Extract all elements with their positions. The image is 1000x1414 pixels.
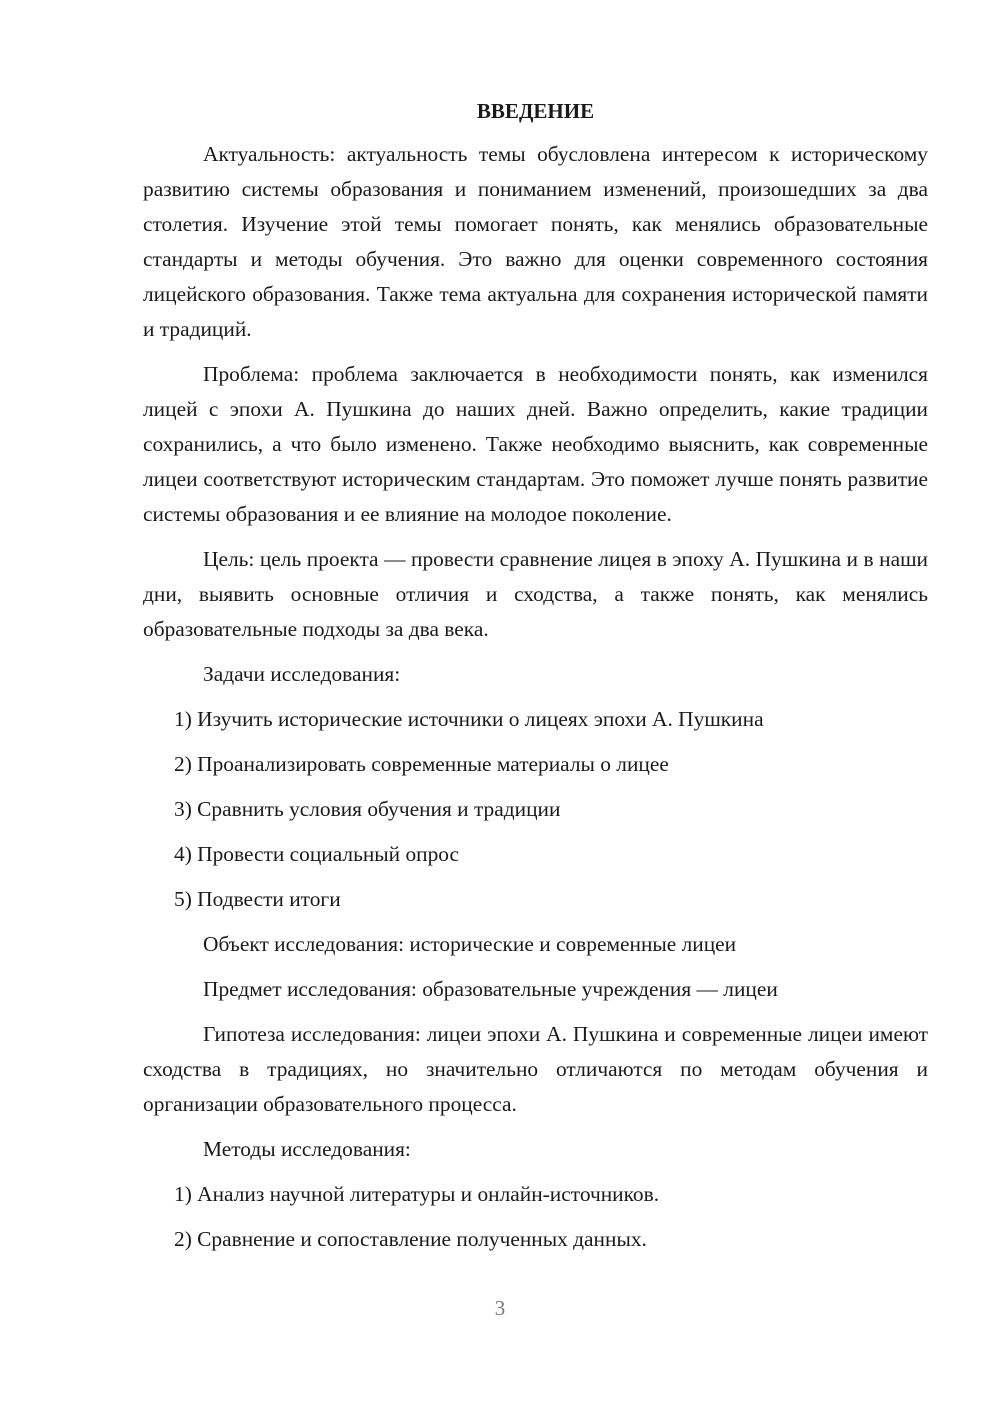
relevance-paragraph: Актуальность: актуальность темы обусловл… bbox=[143, 137, 928, 347]
research-object: Объект исследования: исторические и совр… bbox=[143, 927, 928, 962]
task-item: 3) Сравнить условия обучения и традиции bbox=[143, 792, 928, 827]
page-number: 3 bbox=[0, 1296, 1000, 1321]
method-item: 1) Анализ научной литературы и онлайн-ис… bbox=[143, 1177, 928, 1212]
methods-list: 1) Анализ научной литературы и онлайн-ис… bbox=[143, 1177, 928, 1257]
tasks-heading: Задачи исследования: bbox=[143, 657, 928, 692]
page-content: ВВЕДЕНИЕ Актуальность: актуальность темы… bbox=[143, 96, 928, 1267]
research-subject: Предмет исследования: образовательные уч… bbox=[143, 972, 928, 1007]
task-item: 5) Подвести итоги bbox=[143, 882, 928, 917]
methods-heading: Методы исследования: bbox=[143, 1132, 928, 1167]
document-page: ВВЕДЕНИЕ Актуальность: актуальность темы… bbox=[0, 0, 1000, 1414]
goal-paragraph: Цель: цель проекта — провести сравнение … bbox=[143, 542, 928, 647]
task-item: 4) Провести социальный опрос bbox=[143, 837, 928, 872]
method-item: 2) Сравнение и сопоставление полученных … bbox=[143, 1222, 928, 1257]
task-item: 2) Проанализировать современные материал… bbox=[143, 747, 928, 782]
tasks-list: 1) Изучить исторические источники о лице… bbox=[143, 702, 928, 917]
hypothesis-paragraph: Гипотеза исследования: лицеи эпохи А. Пу… bbox=[143, 1017, 928, 1122]
problem-paragraph: Проблема: проблема заключается в необход… bbox=[143, 357, 928, 532]
section-title: ВВЕДЕНИЕ bbox=[143, 96, 928, 126]
task-item: 1) Изучить исторические источники о лице… bbox=[143, 702, 928, 737]
